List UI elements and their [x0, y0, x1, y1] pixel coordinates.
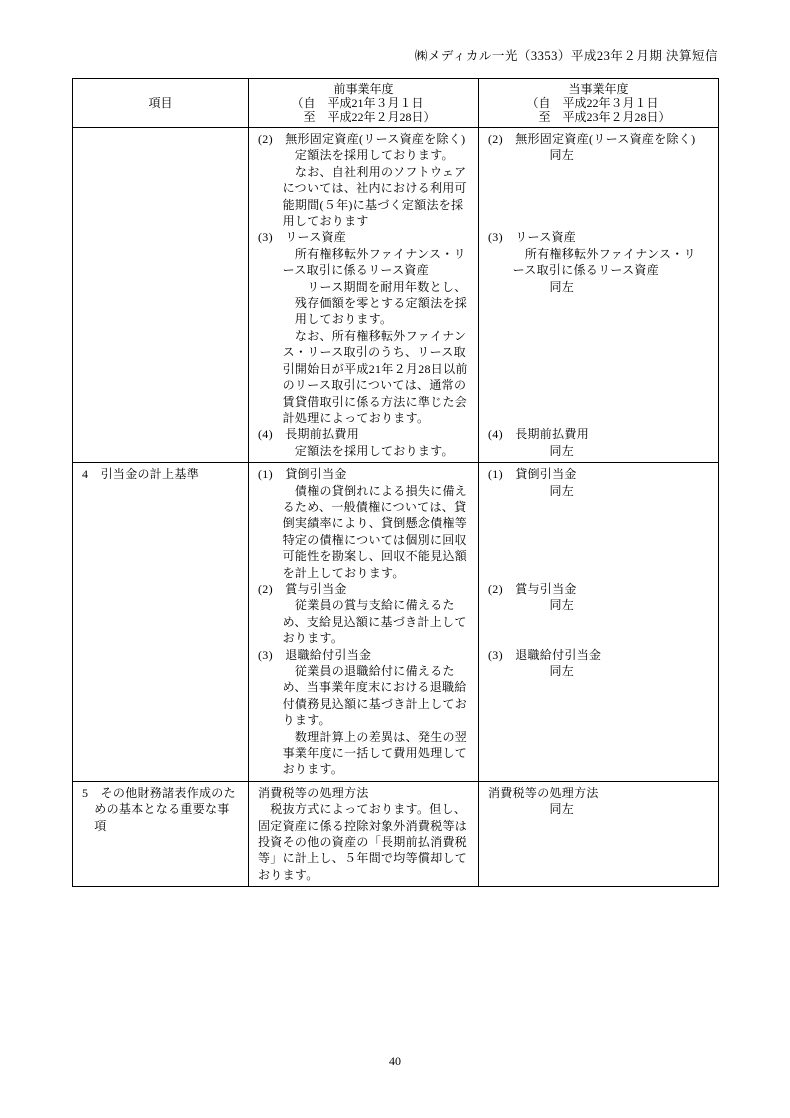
row-depreciation-prev-year-cell: (2) 無形固定資産(リース資産を除く) 定額法を採用しております。 なお、自社…: [249, 128, 479, 463]
prev-year-from: （自 平成21年３月１日: [291, 96, 435, 110]
row-other-basis-item-cell: 5 その他財務諸表作成のた めの基本となる重要な事 項: [73, 781, 249, 886]
prev-year-period: （自 平成21年３月１日 至 平成22年２月28日）: [291, 96, 435, 124]
table-row: (2) 無形固定資産(リース資産を除く) 定額法を採用しております。 なお、自社…: [73, 128, 719, 463]
table-header-row: 項目 前事業年度 （自 平成21年３月１日 至 平成22年２月28日） 当事業年…: [73, 79, 719, 128]
document-header-title: ㈱メディカル一光（3353）平成23年２月期 決算短信: [415, 46, 718, 64]
row-allowances-curr-year-cell: (1) 貸倒引当金 同左 (2) 賞与引当金 同左 (3) 退職給付引当金 同左: [479, 463, 719, 782]
page-number: 40: [0, 1054, 790, 1069]
row-depreciation-curr-year-cell: (2) 無形固定資産(リース資産を除く) 同左 (3) リース資産 所有権移転外…: [479, 128, 719, 463]
column-header-item: 項目: [73, 79, 249, 128]
document-page: ㈱メディカル一光（3353）平成23年２月期 決算短信 項目 前事業年度 （自 …: [0, 0, 790, 1118]
curr-year-from: （自 平成22年３月１日: [526, 96, 670, 110]
curr-year-title: 当事業年度: [481, 82, 716, 96]
row-depreciation-item-cell: [73, 128, 249, 463]
row-allowances-item-cell: 4 引当金の計上基準: [73, 463, 249, 782]
curr-year-period: （自 平成22年３月１日 至 平成23年２月28日）: [526, 96, 670, 124]
table-row: 5 その他財務諸表作成のた めの基本となる重要な事 項 消費税等の処理方法 税抜…: [73, 781, 719, 886]
prev-year-to: 至 平成22年２月28日）: [291, 110, 435, 124]
row-other-basis-prev-year-cell: 消費税等の処理方法 税抜方式によっております。但し、 固定資産に係る控除対象外消…: [249, 781, 479, 886]
row-other-basis-curr-year-cell: 消費税等の処理方法 同左: [479, 781, 719, 886]
column-header-curr-year: 当事業年度 （自 平成22年３月１日 至 平成23年２月28日）: [479, 79, 719, 128]
accounting-policies-table: 項目 前事業年度 （自 平成21年３月１日 至 平成22年２月28日） 当事業年…: [72, 78, 719, 887]
prev-year-title: 前事業年度: [251, 82, 476, 96]
curr-year-to: 至 平成23年２月28日）: [526, 110, 670, 124]
table-row: 4 引当金の計上基準 (1) 貸倒引当金 債権の貸倒れによる損失に備え るため、…: [73, 463, 719, 782]
row-allowances-prev-year-cell: (1) 貸倒引当金 債権の貸倒れによる損失に備え るため、一般債権については、貸…: [249, 463, 479, 782]
column-header-prev-year: 前事業年度 （自 平成21年３月１日 至 平成22年２月28日）: [249, 79, 479, 128]
